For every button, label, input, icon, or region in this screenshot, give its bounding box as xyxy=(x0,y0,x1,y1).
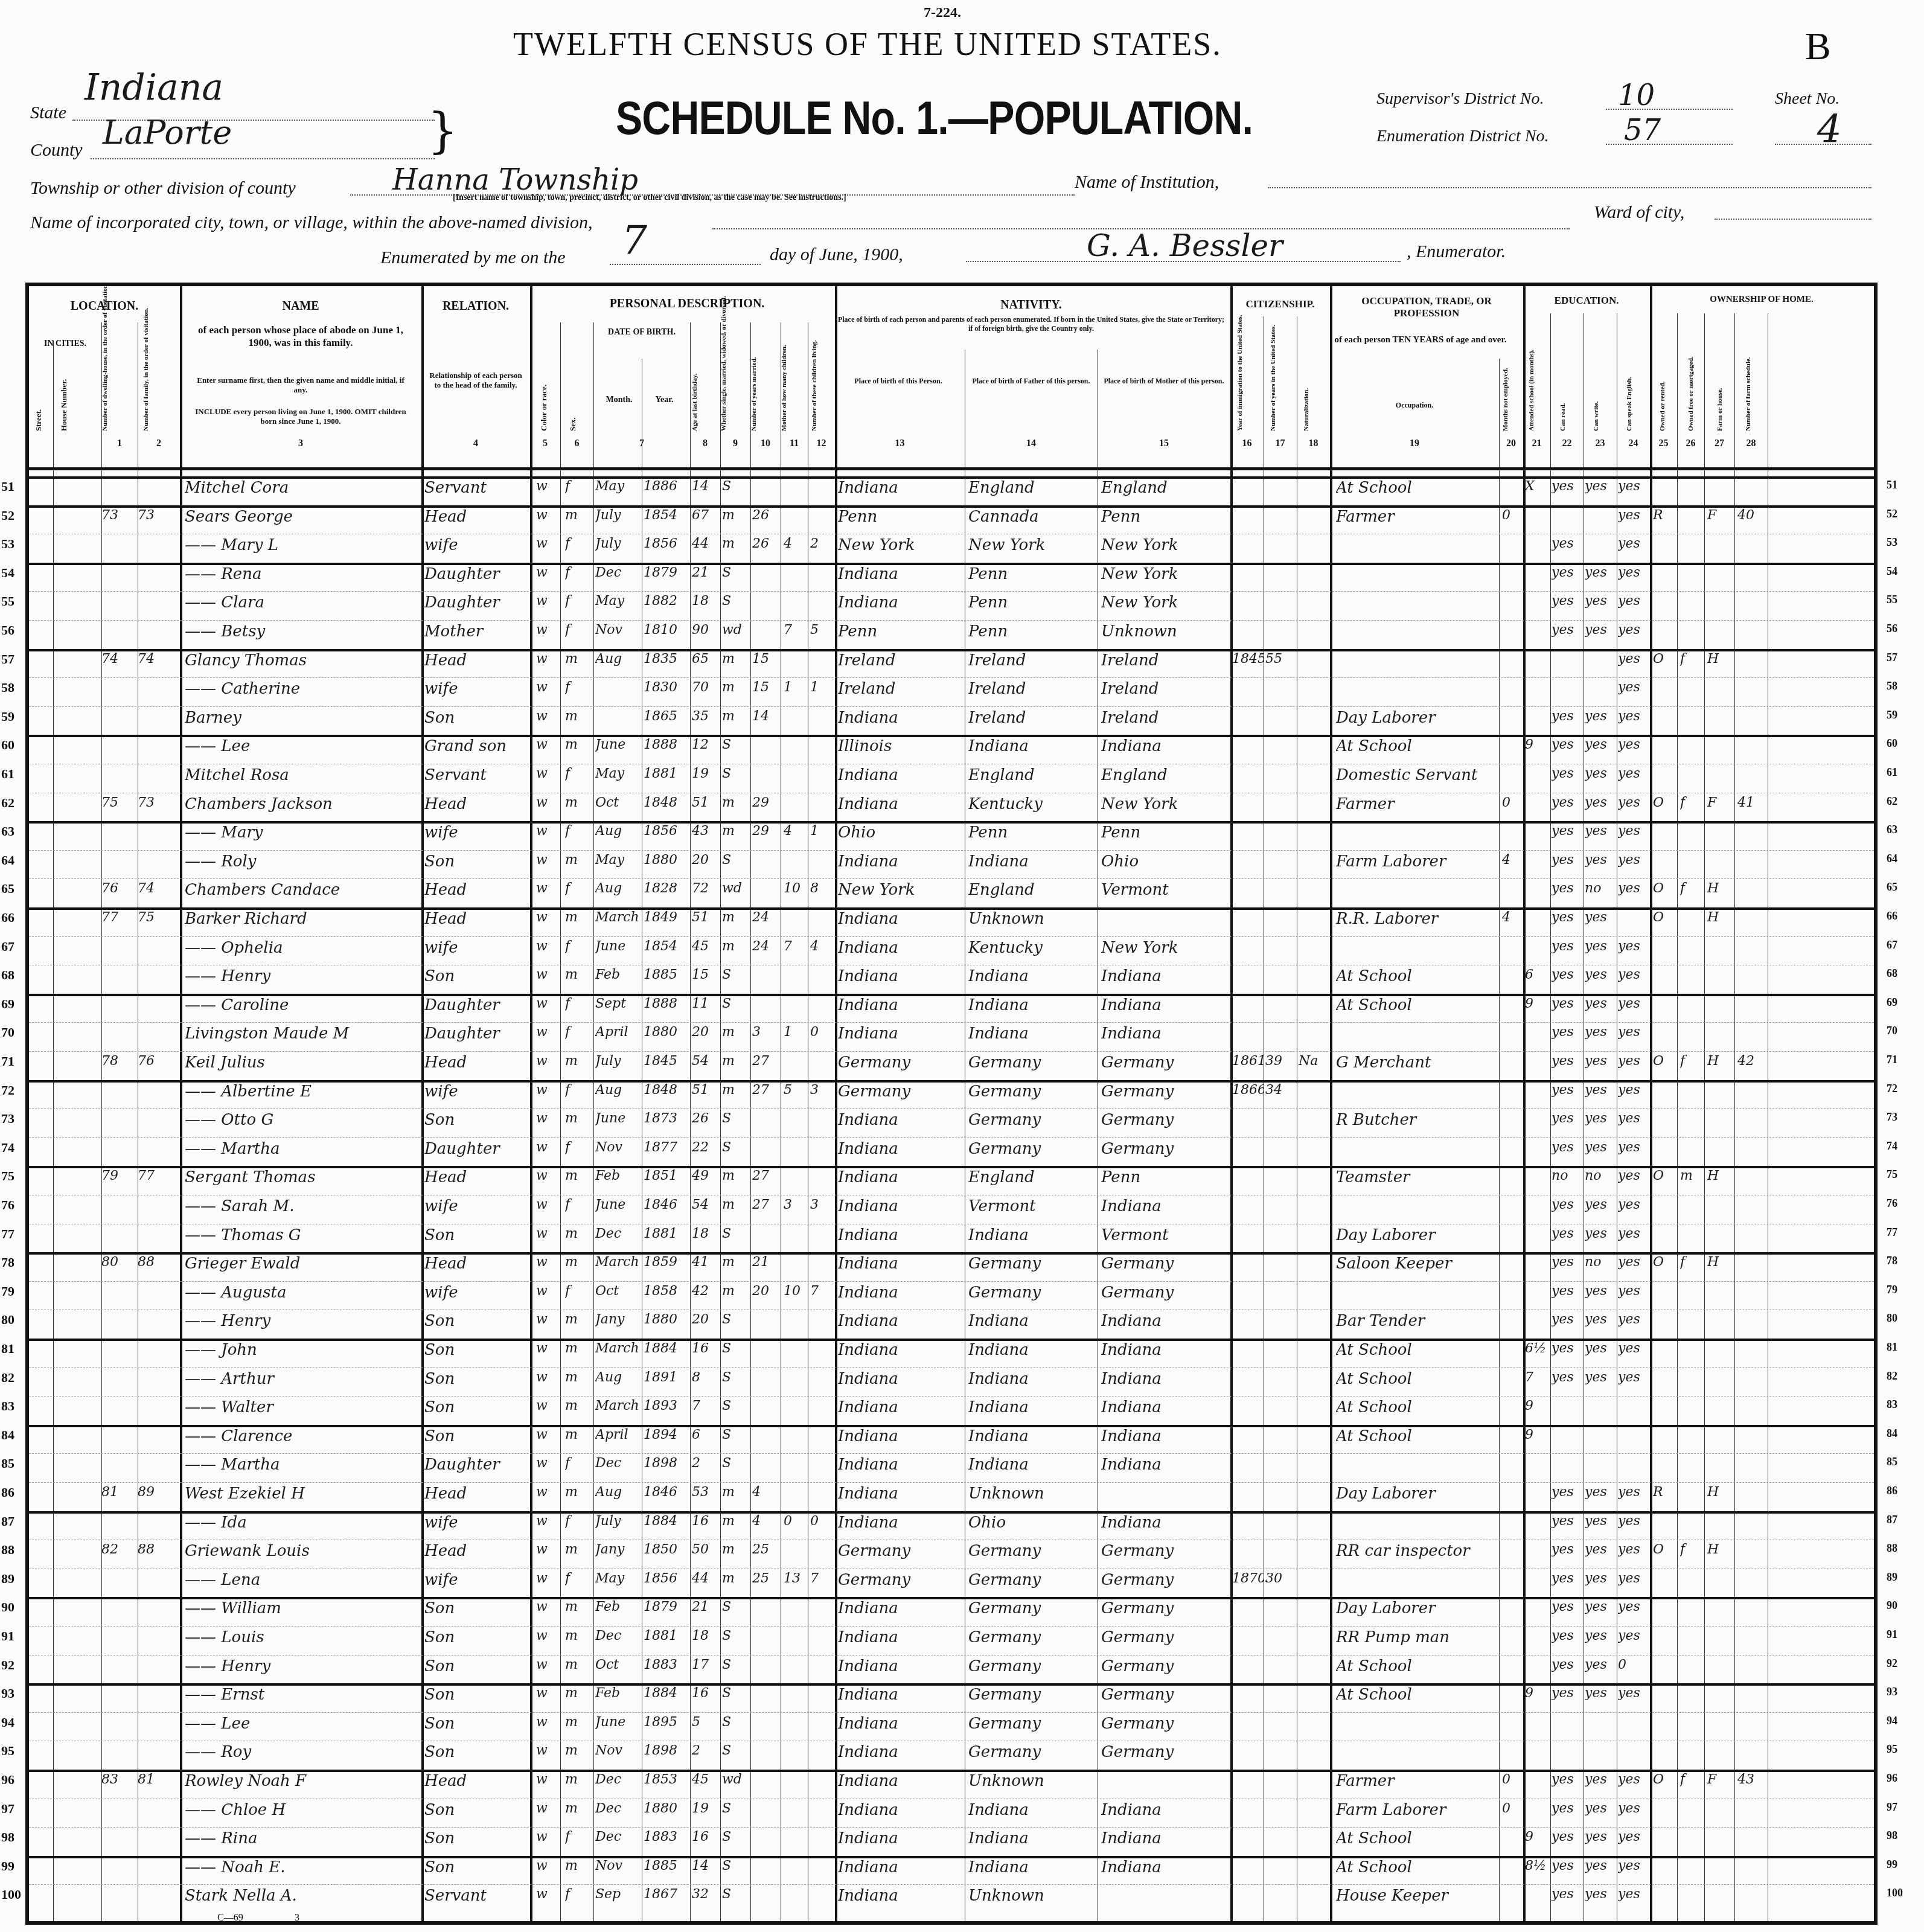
enumerated-label: Enumerated by me on the xyxy=(380,248,566,268)
table-row: Mitchel CoraServantwfMay188614SIndianaEn… xyxy=(29,476,1874,505)
cell-color-race: w xyxy=(536,1140,560,1155)
cell-birthplace-mother: Indiana xyxy=(1101,1025,1229,1043)
cell-school-months: 9 xyxy=(1525,1427,1550,1442)
table-row: 7674Chambers CandaceHeadwfAug182872wd108… xyxy=(29,878,1874,907)
cell-birthplace-mother: Germany xyxy=(1101,1284,1229,1302)
cell-can-read: yes xyxy=(1552,1485,1584,1500)
cell-birthplace-father: Indiana xyxy=(968,1427,1096,1445)
cell-can-read: no xyxy=(1552,1168,1584,1183)
table-row: —— Otto GSonwmJune187326SIndianaGermanyG… xyxy=(29,1108,1874,1137)
cell-birth-month: March xyxy=(595,1341,644,1356)
col-owned-rented-label: Owned or rented. xyxy=(1659,353,1666,431)
cell-birthplace-mother: Indiana xyxy=(1101,1197,1229,1215)
cell-speaks-english: yes xyxy=(1618,479,1650,494)
line-number-left: 80 xyxy=(1,1312,14,1328)
cell-age: 41 xyxy=(692,1255,720,1270)
cell-birthplace-father: Germany xyxy=(968,1111,1096,1129)
line-number-right: 85 xyxy=(1887,1456,1897,1468)
cell-occupation: At School xyxy=(1336,1341,1499,1359)
cell-color-race: w xyxy=(536,1398,560,1413)
cell-age: 50 xyxy=(692,1542,720,1557)
cell-sex: f xyxy=(565,1083,592,1098)
table-row: —— HenrySonwmOct188317SIndianaGermanyGer… xyxy=(29,1655,1874,1684)
cell-color-race: w xyxy=(536,479,560,494)
cell-person-name: —— John xyxy=(185,1341,420,1359)
cell-speaks-english: yes xyxy=(1618,1772,1650,1787)
line-number-right: 62 xyxy=(1887,795,1897,808)
cell-relation: wife xyxy=(424,1083,530,1101)
cell-relation: Son xyxy=(424,1858,530,1876)
cell-age: 17 xyxy=(692,1657,720,1672)
cell-age: 14 xyxy=(692,1858,720,1873)
cell-speaks-english: yes xyxy=(1618,996,1650,1011)
cell-birth-month: Feb xyxy=(595,967,644,982)
cell-relation: Head xyxy=(424,1054,530,1072)
cell-speaks-english: yes xyxy=(1618,1168,1650,1183)
cell-can-write: yes xyxy=(1585,1858,1617,1873)
table-row: —— HenrySonwmJany188020SIndianaIndianaIn… xyxy=(29,1310,1874,1339)
cell-can-read: yes xyxy=(1552,967,1584,982)
cell-sex: m xyxy=(565,1427,592,1442)
cell-birthplace-mother: Penn xyxy=(1101,824,1229,842)
cell-birthplace-father: Indiana xyxy=(968,1025,1096,1043)
line-number-right: 99 xyxy=(1887,1858,1897,1871)
cell-color-race: w xyxy=(536,1341,560,1356)
cell-relation: Son xyxy=(424,1341,530,1359)
cell-marital-status: S xyxy=(722,1715,750,1730)
cell-birth-year: 1830 xyxy=(644,680,691,695)
cell-dwelling-number: 73 xyxy=(101,508,138,523)
line-number-left: 69 xyxy=(1,996,14,1012)
cell-sex: f xyxy=(565,881,592,896)
col-immigration-label: Year of immigration to the United States… xyxy=(1236,328,1244,431)
cell-family-number: 73 xyxy=(138,508,180,523)
cell-years-married: 4 xyxy=(752,1514,781,1529)
line-number-left: 54 xyxy=(1,565,14,581)
cell-age: 54 xyxy=(692,1054,720,1069)
cell-years-married: 26 xyxy=(752,536,781,551)
table-row: —— LeeSonwmJune18955SIndianaGermanyGerma… xyxy=(29,1712,1874,1741)
colnum-11: 11 xyxy=(781,438,808,449)
cell-birth-year: 1850 xyxy=(644,1542,691,1557)
cell-person-name: —— Henry xyxy=(185,967,420,985)
cell-age: 45 xyxy=(692,1772,720,1787)
cell-sex: m xyxy=(565,1111,592,1126)
cell-relation: wife xyxy=(424,1571,530,1589)
cell-birth-year: 1885 xyxy=(644,1858,691,1873)
cell-sex: f xyxy=(565,593,592,609)
line-number-left: 62 xyxy=(1,795,14,811)
cell-color-race: w xyxy=(536,565,560,580)
line-number-right: 51 xyxy=(1887,479,1897,491)
cell-months-not-employed: 0 xyxy=(1502,795,1523,810)
table-row: 7775Barker RichardHeadwmMarch184951m24In… xyxy=(29,907,1874,936)
cell-can-write: yes xyxy=(1585,795,1617,810)
cell-birth-year: 1859 xyxy=(644,1255,691,1270)
table-row: —— IdawifewfJuly188416m400IndianaOhioInd… xyxy=(29,1511,1874,1540)
cell-person-name: —— Rina xyxy=(185,1829,420,1847)
table-row: —— LouisSonwmDec188118SIndianaGermanyGer… xyxy=(29,1626,1874,1655)
cell-birthplace-person: Indiana xyxy=(838,1456,965,1474)
cell-person-name: —— Martha xyxy=(185,1456,420,1474)
cell-person-name: Barker Richard xyxy=(185,910,420,928)
ward-label: Ward of city, xyxy=(1594,202,1684,223)
cell-birthplace-father: Germany xyxy=(968,1715,1096,1733)
cell-occupation: Farmer xyxy=(1336,1772,1499,1790)
cell-farm-or-house: F xyxy=(1707,1772,1734,1787)
cell-person-name: Livingston Maude M xyxy=(185,1025,420,1043)
colnum-15: 15 xyxy=(1098,438,1230,449)
cell-marital-status: m xyxy=(722,1054,750,1069)
cell-color-race: w xyxy=(536,766,560,781)
cell-birthplace-mother: Germany xyxy=(1101,1255,1229,1273)
cell-dwelling-number: 83 xyxy=(101,1772,138,1787)
cell-years-in-us: 34 xyxy=(1265,1083,1297,1098)
cell-color-race: w xyxy=(536,1226,560,1241)
cell-birthplace-person: Indiana xyxy=(838,1858,965,1876)
line-number-left: 59 xyxy=(1,709,14,724)
supervisor-district: 10 xyxy=(1618,78,1655,112)
cell-can-read: yes xyxy=(1552,1628,1584,1643)
cell-can-read: yes xyxy=(1552,1255,1584,1270)
cell-birthplace-mother: Indiana xyxy=(1101,1312,1229,1330)
cell-occupation: R Butcher xyxy=(1336,1111,1499,1129)
cell-birthplace-person: Germany xyxy=(838,1054,965,1072)
cell-birth-year: 1895 xyxy=(644,1715,691,1730)
cell-birthplace-mother: Vermont xyxy=(1101,881,1229,899)
cell-farm-or-house: H xyxy=(1707,1542,1734,1557)
cell-person-name: Chambers Jackson xyxy=(185,795,420,813)
cell-person-name: —— Catherine xyxy=(185,680,420,698)
cell-speaks-english: yes xyxy=(1618,1312,1650,1327)
cell-family-number: 77 xyxy=(138,1168,180,1183)
cell-can-read: yes xyxy=(1552,1657,1584,1672)
cell-person-name: —— Lee xyxy=(185,737,420,755)
table-row: —— MarywifewfAug185643m2941OhioPennPenny… xyxy=(29,821,1874,850)
cell-farm-or-house: H xyxy=(1707,1255,1734,1270)
cell-sex: m xyxy=(565,737,592,752)
cell-farm-or-house: H xyxy=(1707,881,1734,896)
cell-age: 2 xyxy=(692,1743,720,1758)
cell-can-write: no xyxy=(1585,1168,1617,1183)
line-number-right: 67 xyxy=(1887,939,1897,952)
cell-can-write: yes xyxy=(1585,1542,1617,1557)
cell-birthplace-father: Germany xyxy=(968,1571,1096,1589)
cell-can-read: yes xyxy=(1552,1197,1584,1212)
colnum-20: 20 xyxy=(1499,438,1523,449)
cell-can-read: yes xyxy=(1552,766,1584,781)
cell-marital-status: S xyxy=(722,1829,750,1844)
cell-marital-status: wd xyxy=(722,1772,750,1787)
cell-birth-month: April xyxy=(595,1025,644,1040)
cell-birth-year: 1873 xyxy=(644,1111,691,1126)
cell-can-write: yes xyxy=(1585,1514,1617,1529)
cell-birthplace-father: Ohio xyxy=(968,1514,1096,1532)
cell-can-read: yes xyxy=(1552,1801,1584,1816)
cell-years-married: 20 xyxy=(752,1284,781,1299)
cell-can-read: yes xyxy=(1552,1025,1584,1040)
cell-relation: Son xyxy=(424,1427,530,1445)
line-number-right: 76 xyxy=(1887,1197,1897,1210)
line-number-right: 94 xyxy=(1887,1715,1897,1727)
cell-birthplace-father: New York xyxy=(968,536,1096,554)
cell-person-name: Sears George xyxy=(185,508,420,526)
cell-color-race: w xyxy=(536,1657,560,1672)
line-number-right: 78 xyxy=(1887,1255,1897,1267)
cell-age: 2 xyxy=(692,1456,720,1471)
cell-dwelling-number: 82 xyxy=(101,1542,138,1557)
line-number-left: 88 xyxy=(1,1542,14,1558)
cell-color-race: w xyxy=(536,1312,560,1327)
cell-school-months: 9 xyxy=(1525,1686,1550,1701)
line-number-left: 98 xyxy=(1,1829,14,1845)
cell-can-read: yes xyxy=(1552,1571,1584,1586)
table-row: —— MarthaDaughterwfNov187722SIndianaGerm… xyxy=(29,1137,1874,1166)
cell-birth-year: 1848 xyxy=(644,1083,691,1098)
group-citizenship: CITIZENSHIP. xyxy=(1230,298,1330,310)
cell-person-name: —— Ernst xyxy=(185,1686,420,1704)
name-include-instruction: INCLUDE every person living on June 1, 1… xyxy=(192,407,409,427)
cell-relation: Daughter xyxy=(424,593,530,612)
cell-marital-status: m xyxy=(722,1571,750,1586)
cell-children-born: 4 xyxy=(784,824,808,839)
cell-marital-status: m xyxy=(722,795,750,810)
line-number-left: 64 xyxy=(1,852,14,868)
name-description: of each person whose place of abode on J… xyxy=(192,324,409,350)
cell-sex: m xyxy=(565,651,592,667)
cell-relation: Son xyxy=(424,1628,530,1646)
cell-dwelling-number: 76 xyxy=(101,881,138,896)
cell-person-name: —— Otto G xyxy=(185,1111,420,1129)
cell-birth-year: 1858 xyxy=(644,1284,691,1299)
cell-owned-rented: O xyxy=(1653,910,1677,925)
cell-birthplace-mother: Indiana xyxy=(1101,1829,1229,1847)
cell-sex: f xyxy=(565,824,592,839)
cell-speaks-english: yes xyxy=(1618,1571,1650,1586)
line-number-left: 55 xyxy=(1,593,14,609)
cell-birth-month: July xyxy=(595,1514,644,1529)
cell-can-read: yes xyxy=(1552,795,1584,810)
cell-speaks-english: yes xyxy=(1618,1599,1650,1614)
cell-sex: m xyxy=(565,709,592,724)
cell-children-living: 5 xyxy=(810,622,834,638)
cell-can-write: yes xyxy=(1585,1312,1617,1327)
cell-school-months: 9 xyxy=(1525,1398,1550,1413)
cell-sex: m xyxy=(565,508,592,523)
cell-relation: Grand son xyxy=(424,737,530,755)
line-number-right: 52 xyxy=(1887,508,1897,520)
cell-can-write: yes xyxy=(1585,593,1617,609)
cell-birthplace-person: Indiana xyxy=(838,565,965,583)
cell-birth-year: 1845 xyxy=(644,1054,691,1069)
line-number-right: 56 xyxy=(1887,622,1897,635)
col-age-label: Age at last birthday. xyxy=(691,341,698,431)
table-row: —— OpheliawifewfJune185445m2474IndianaKe… xyxy=(29,936,1874,965)
cell-color-race: w xyxy=(536,508,560,523)
relation-description: Relationship of each person to the head … xyxy=(427,371,524,391)
table-row: 7977Sergant ThomasHeadwmFeb185149m27Indi… xyxy=(29,1166,1874,1195)
township-value: Hanna Township xyxy=(392,163,638,197)
cell-birth-year: 1885 xyxy=(644,967,691,982)
cell-age: 18 xyxy=(692,1628,720,1643)
cell-relation: Head xyxy=(424,1772,530,1790)
cell-school-months: 6 xyxy=(1525,967,1550,982)
cell-sex: f xyxy=(565,1829,592,1844)
cell-color-race: w xyxy=(536,680,560,695)
cell-owned-free-mortgaged: f xyxy=(1680,1255,1704,1270)
cell-speaks-english: yes xyxy=(1618,852,1650,868)
cell-color-race: w xyxy=(536,1025,560,1040)
cell-marital-status: m xyxy=(722,1083,750,1098)
cell-person-name: Keil Julius xyxy=(185,1054,420,1072)
cell-birth-year: 1888 xyxy=(644,996,691,1011)
cell-marital-status: m xyxy=(722,1168,750,1183)
cell-color-race: w xyxy=(536,1743,560,1758)
colnum-28: 28 xyxy=(1734,438,1768,449)
line-number-right: 100 xyxy=(1887,1887,1903,1899)
colnum-19: 19 xyxy=(1330,438,1499,449)
cell-marital-status: S xyxy=(722,1370,750,1385)
nativity-description: Place of birth of each person and parent… xyxy=(835,315,1227,333)
cell-age: 45 xyxy=(692,939,720,954)
cell-occupation: At School xyxy=(1336,1427,1499,1445)
cell-can-write: yes xyxy=(1585,1571,1617,1586)
cell-occupation: Saloon Keeper xyxy=(1336,1255,1499,1273)
col-speak-english-label: Can speak English. xyxy=(1626,341,1633,431)
cell-marital-status: S xyxy=(722,1887,750,1902)
cell-marital-status: S xyxy=(722,1801,750,1816)
cell-age: 32 xyxy=(692,1887,720,1902)
cell-farm-schedule-number: 42 xyxy=(1737,1054,1768,1069)
cell-owned-free-mortgaged: f xyxy=(1680,795,1704,810)
cell-can-write: yes xyxy=(1585,1197,1617,1212)
cell-speaks-english: yes xyxy=(1618,766,1650,781)
cell-sex: m xyxy=(565,967,592,982)
cell-age: 72 xyxy=(692,881,720,896)
cell-speaks-english: yes xyxy=(1618,1054,1650,1069)
enumerated-month-year: day of June, 1900, xyxy=(770,245,903,265)
cell-color-race: w xyxy=(536,996,560,1011)
group-name: NAME xyxy=(180,299,421,313)
cell-family-number: 74 xyxy=(138,881,180,896)
cell-birthplace-person: New York xyxy=(838,536,965,554)
cell-can-write: yes xyxy=(1585,1657,1617,1672)
cell-birthplace-person: Indiana xyxy=(838,1715,965,1733)
cell-birthplace-person: Indiana xyxy=(838,1829,965,1847)
cell-birthplace-mother: Germany xyxy=(1101,1657,1229,1675)
cell-can-write: yes xyxy=(1585,1628,1617,1643)
sheet-label: Sheet No. xyxy=(1775,89,1839,109)
cell-age: 11 xyxy=(692,996,720,1011)
colnum-27: 27 xyxy=(1704,438,1734,449)
cell-can-write: yes xyxy=(1585,1829,1617,1844)
cell-children-born: 10 xyxy=(784,881,808,896)
cell-birth-year: 1854 xyxy=(644,508,691,523)
line-number-left: 72 xyxy=(1,1083,14,1098)
cell-can-write: yes xyxy=(1585,737,1617,752)
cell-occupation: Domestic Servant xyxy=(1336,766,1499,784)
cell-birth-month: May xyxy=(595,1571,644,1586)
line-number-left: 81 xyxy=(1,1341,14,1357)
line-number-left: 84 xyxy=(1,1427,14,1443)
line-number-left: 70 xyxy=(1,1025,14,1040)
cell-sex: f xyxy=(565,996,592,1011)
line-number-right: 90 xyxy=(1887,1599,1897,1612)
cell-birthplace-mother: Germany xyxy=(1101,1599,1229,1617)
cell-relation: Mother xyxy=(424,622,530,641)
cell-age: 42 xyxy=(692,1284,720,1299)
cell-color-race: w xyxy=(536,1485,560,1500)
cell-color-race: w xyxy=(536,1686,560,1701)
footer-page-mark: 3 xyxy=(295,1913,299,1924)
cell-birthplace-mother: Indiana xyxy=(1101,967,1229,985)
cell-birthplace-person: Indiana xyxy=(838,1599,965,1617)
col-mother-pob-label: Place of birth of Mother of this person. xyxy=(1104,377,1224,386)
line-number-left: 93 xyxy=(1,1686,14,1701)
cell-years-married: 25 xyxy=(752,1571,781,1586)
cell-can-write: yes xyxy=(1585,1054,1617,1069)
cell-birthplace-person: Indiana xyxy=(838,1197,965,1215)
cell-can-write: yes xyxy=(1585,766,1617,781)
cell-can-read: yes xyxy=(1552,593,1584,609)
cell-can-read: yes xyxy=(1552,536,1584,551)
cell-person-name: —— Martha xyxy=(185,1140,420,1158)
cell-relation: Servant xyxy=(424,1887,530,1905)
cell-months-not-employed: 4 xyxy=(1502,852,1523,868)
cell-person-name: —— Ida xyxy=(185,1514,420,1532)
cell-person-name: Chambers Candace xyxy=(185,881,420,899)
cell-age: 19 xyxy=(692,766,720,781)
col-marital-label: Whether single, married, widowed, or div… xyxy=(720,328,727,431)
line-number-left: 58 xyxy=(1,680,14,696)
cell-birthplace-father: Germany xyxy=(968,1284,1096,1302)
cell-birthplace-father: Indiana xyxy=(968,996,1096,1014)
cell-can-read: yes xyxy=(1552,996,1584,1011)
cell-months-not-employed: 0 xyxy=(1502,1772,1523,1787)
cell-age: 16 xyxy=(692,1514,720,1529)
cell-can-write: yes xyxy=(1585,1686,1617,1701)
cell-birthplace-father: Unknown xyxy=(968,1887,1096,1905)
table-row: Livingston Maude MDaughterwfApril188020m… xyxy=(29,1022,1874,1051)
cell-marital-status: S xyxy=(722,1226,750,1241)
col-can-write-label: Can write. xyxy=(1593,377,1600,431)
cell-birthplace-person: Indiana xyxy=(838,766,965,784)
cell-birthplace-mother: Ireland xyxy=(1101,651,1229,670)
group-relation: RELATION. xyxy=(421,299,530,313)
cell-occupation: Teamster xyxy=(1336,1168,1499,1186)
cell-person-name: —— Roy xyxy=(185,1743,420,1761)
cell-sex: m xyxy=(565,1485,592,1500)
county-label: County xyxy=(30,140,83,161)
table-row: —— AugustawifewfOct185842m20107IndianaGe… xyxy=(29,1281,1874,1310)
cell-family-number: 75 xyxy=(138,910,180,925)
cell-birthplace-person: Indiana xyxy=(838,1514,965,1532)
cell-birthplace-person: Indiana xyxy=(838,709,965,727)
cell-relation: Son xyxy=(424,1398,530,1416)
cell-person-name: Barney xyxy=(185,709,420,727)
cell-color-race: w xyxy=(536,881,560,896)
cell-birth-year: 1884 xyxy=(644,1686,691,1701)
cell-color-race: w xyxy=(536,824,560,839)
cell-farm-schedule-number: 41 xyxy=(1737,795,1768,810)
cell-age: 70 xyxy=(692,680,720,695)
cell-person-name: Stark Nella A. xyxy=(185,1887,420,1905)
line-number-right: 74 xyxy=(1887,1140,1897,1153)
cell-birthplace-mother: New York xyxy=(1101,565,1229,583)
cell-birthplace-mother: Germany xyxy=(1101,1628,1229,1646)
cell-age: 20 xyxy=(692,1312,720,1327)
cell-sex: f xyxy=(565,1140,592,1155)
